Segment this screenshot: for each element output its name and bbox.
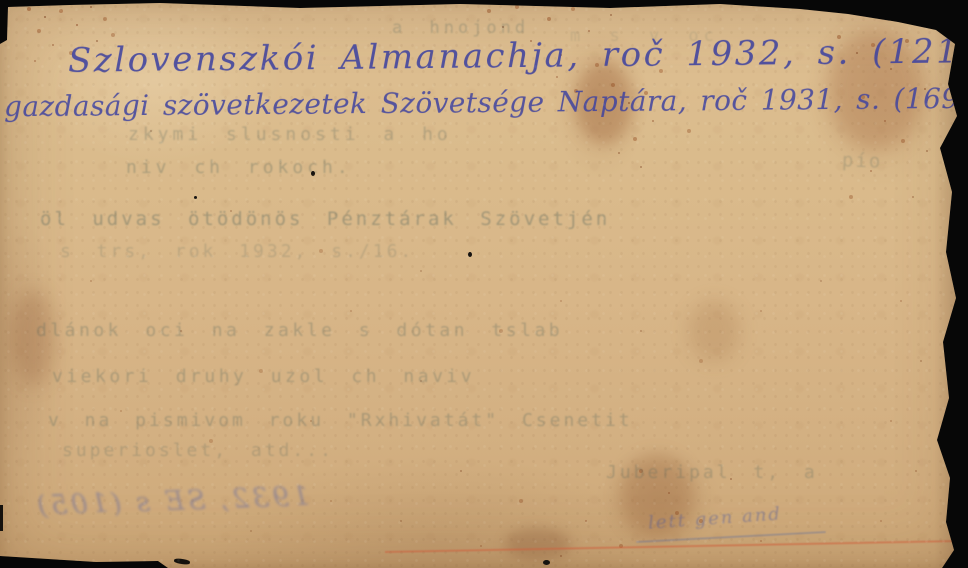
typed-ghost-line: zkymi slusnosti a ho bbox=[128, 124, 452, 145]
index-card-paper: m s v oc a hnojond zkymi slusnosti a ho … bbox=[0, 0, 968, 568]
typed-ghost-line: a hnojond bbox=[392, 18, 529, 38]
ink-dot bbox=[468, 252, 472, 257]
typed-ghost-line: v na pismivom roku "Rxhivatát" Csenetit bbox=[48, 410, 633, 431]
typed-ghost-line: niv ch rokoch. bbox=[126, 157, 352, 178]
faint-bottom-note: lett gen and bbox=[647, 503, 782, 533]
mirrored-ink-transfer: 1932, SE s (105) bbox=[34, 481, 311, 522]
torn-edge-notch bbox=[0, 505, 3, 531]
handwritten-annotation-2: gazdasági szövetkezetek Szövetsége Naptá… bbox=[4, 82, 968, 123]
typed-ghost-line: s trs, rok 1932, s./16. bbox=[60, 241, 414, 262]
right-edge-shading bbox=[934, 0, 968, 568]
ink-dot bbox=[194, 196, 197, 199]
stain-speckles bbox=[0, 0, 2, 2]
stain-speckles bbox=[0, 0, 2, 2]
ink-dot bbox=[311, 171, 315, 176]
typed-ghost-line: pío bbox=[842, 149, 883, 172]
ink-smudge bbox=[174, 558, 191, 565]
typed-ghost-line: viekori druhy uzol ch naviv bbox=[52, 366, 475, 387]
stain-blotch bbox=[688, 300, 740, 362]
scanned-card-image: m s v oc a hnojond zkymi slusnosti a ho … bbox=[0, 0, 968, 568]
typed-ghost-line: superioslet, atd... bbox=[62, 440, 334, 461]
typed-ghost-line: Juberipal t, a bbox=[606, 462, 818, 483]
stain-blotch bbox=[505, 528, 571, 560]
handwritten-annotation-1: Szlovenszkói Almanachja, roč 1932, s. (1… bbox=[68, 31, 968, 81]
typed-ghost-line: dlánok oci na zakle s dótan tslab bbox=[36, 320, 563, 341]
ink-dot bbox=[543, 560, 550, 565]
typed-ghost-line: öl udvas ötödönös Pénztárak Szövetjén bbox=[40, 208, 610, 230]
pen-flourish bbox=[636, 531, 826, 543]
red-pencil-line bbox=[385, 540, 960, 553]
